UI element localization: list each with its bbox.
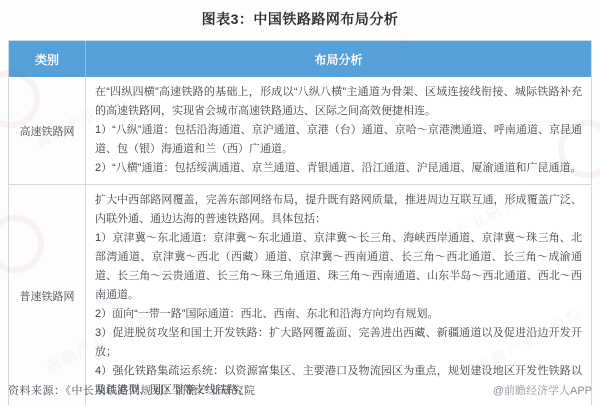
table-row-normal-speed: 普速铁路网 扩大中西部路网覆盖，完善东部网络布局，提升既有路网质量，推进周边互联… bbox=[9, 185, 591, 405]
analysis-cell: 在“四纵四横”高速铁路的基础上，形成以“八纵八横”主通道为骨架、区域连接线衔接、… bbox=[86, 77, 591, 184]
header-cell-category: 类别 bbox=[9, 41, 86, 77]
header-cell-analysis: 布局分析 bbox=[86, 41, 591, 77]
analysis-paragraph: 1）京津冀～东北通道：京津冀～东北通道、京津冀～长三角、海峡西岸通道、京津冀～珠… bbox=[95, 229, 582, 305]
figure-title: 图表3：中国铁路路网布局分析 bbox=[0, 0, 600, 29]
brand-credit: @前瞻经济学人APP bbox=[493, 382, 592, 398]
analysis-paragraph: 2）面向“一带一路”国际通道：西北、西南、东北和沿海方向均有规划。 bbox=[95, 305, 582, 324]
category-cell: 普速铁路网 bbox=[9, 185, 86, 405]
source-note: 资料来源：《中长期铁路网规划》前瞻产业研究院 bbox=[8, 382, 256, 398]
analysis-paragraph: 扩大中西部路网覆盖，完善东部网络布局，提升既有路网质量，推进周边互联互通，形成覆… bbox=[95, 191, 582, 229]
category-cell: 高速铁路网 bbox=[9, 77, 86, 184]
analysis-paragraph: 3）促进脱贫攻坚和国土开发铁路：扩大路网覆盖面、完善进出西藏、新疆通道以及促进沿… bbox=[95, 324, 582, 362]
analysis-paragraph: 2）“八横”通道：包括绥满通道、京兰通道、青银通道、沿江通道、沪昆通道、厦渝通道… bbox=[95, 159, 582, 178]
analysis-paragraph: 在“四纵四横”高速铁路的基础上，形成以“八纵八横”主通道为骨架、区域连接线衔接、… bbox=[95, 83, 582, 121]
figure-footer: 资料来源：《中长期铁路网规划》前瞻产业研究院 @前瞻经济学人APP bbox=[8, 382, 592, 398]
figure-canvas: 图表3：中国铁路路网布局分析 类别 布局分析 高速铁路网 在“四纵四横”高速铁路… bbox=[0, 0, 600, 405]
analysis-paragraph: 1）“八纵”通道：包括沿海通道、京沪通道、京港（台）通道、京哈～京港澳通道、呼南… bbox=[95, 121, 582, 159]
analysis-cell: 扩大中西部路网覆盖，完善东部网络布局，提升既有路网质量，推进周边互联互通，形成覆… bbox=[86, 185, 591, 405]
table-row-high-speed: 高速铁路网 在“四纵四横”高速铁路的基础上，形成以“八纵八横”主通道为骨架、区域… bbox=[9, 77, 591, 185]
table-header-row: 类别 布局分析 bbox=[9, 41, 591, 77]
layout-analysis-table: 类别 布局分析 高速铁路网 在“四纵四横”高速铁路的基础上，形成以“八纵八横”主… bbox=[8, 40, 592, 405]
